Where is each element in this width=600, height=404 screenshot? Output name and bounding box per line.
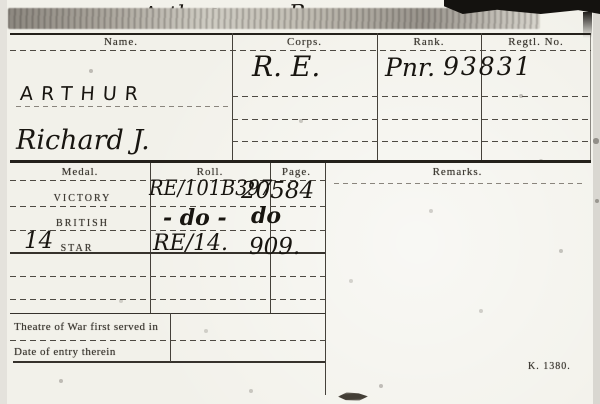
medal-column-header: Medal.	[10, 166, 150, 178]
row-line	[232, 119, 590, 120]
theatre-row-line	[10, 340, 325, 341]
remarks-column-header: Remarks.	[325, 166, 590, 178]
page-column-header: Page.	[268, 166, 325, 178]
regtl-no-column-header: Regtl. No.	[481, 36, 591, 48]
blank-row-line	[10, 276, 325, 277]
forename-value: Richard J.	[16, 127, 150, 154]
corps-column-header: Corps.	[232, 36, 377, 48]
date-of-entry-label: Date of entry therein	[14, 346, 116, 358]
blank-row-line	[10, 299, 325, 300]
name-underline	[16, 106, 230, 107]
theatre-of-war-label: Theatre of War first served in	[14, 321, 158, 333]
name-column-header: Name.	[10, 36, 232, 48]
rank-value: Pnr.	[385, 55, 435, 80]
form-number: K. 1380.	[528, 361, 571, 372]
divider-corps-rank	[377, 33, 378, 162]
rank-column-header: Rank.	[377, 36, 481, 48]
divider-footer-labels	[170, 313, 171, 362]
scan-noise-specks	[0, 0, 2, 2]
star-page-value: 909.	[249, 236, 300, 259]
scan-artifact-streak	[583, 12, 592, 38]
table-top-border	[10, 33, 591, 35]
table-right-border	[590, 33, 591, 162]
corps-value: R. E.	[252, 53, 320, 81]
surname-value: ARTHUR	[19, 85, 146, 104]
row-line	[232, 141, 590, 142]
table-bottom-border	[10, 160, 591, 163]
remarks-header-underline	[334, 183, 586, 184]
divider-page-remarks	[325, 163, 326, 395]
star-prefix-value: 14	[24, 230, 53, 253]
footer-bottom-line	[13, 361, 325, 363]
medal-row-star-label: STAR	[52, 243, 102, 254]
scanned-medal-index-card: Arthur. R. Name. Corps. Rank. Regtl. No.…	[0, 0, 600, 404]
row-line	[232, 96, 590, 97]
scan-right-margin	[593, 0, 600, 404]
british-page-value: do	[251, 205, 281, 227]
victory-page-value: 20584	[241, 180, 314, 203]
british-roll-value: - do -	[163, 207, 227, 229]
star-roll-value: RE/14.	[153, 233, 228, 255]
footer-section-top-line	[10, 313, 325, 314]
divider-name-corps	[232, 33, 233, 162]
regtl-no-value: 93831	[443, 54, 533, 79]
medal-row-victory-label: VICTORY	[30, 193, 135, 204]
